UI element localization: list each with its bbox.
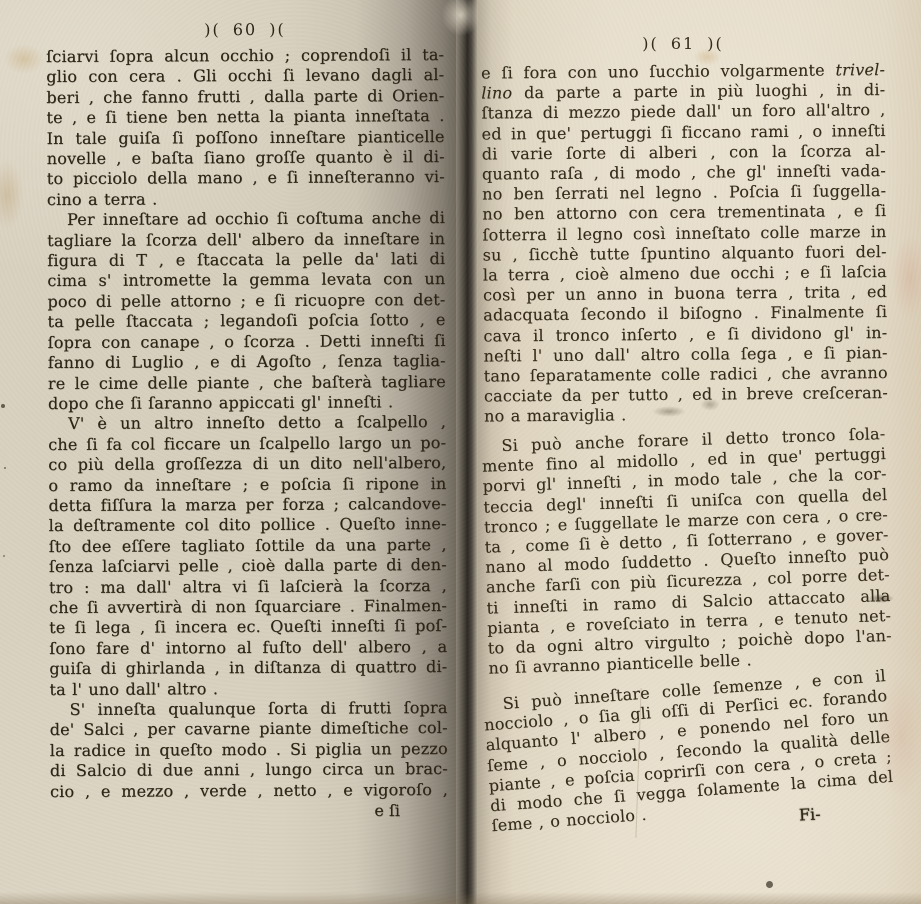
text-line: ta pelle ſtaccata ; legandoſi poſcia ſot… (47, 310, 445, 332)
right-page-number: )( 61 )( (481, 34, 885, 54)
text-line: fanno di Luglio , e di Agoſto , ſenza ta… (48, 351, 446, 373)
text-line: tagliare la ſcorza dell' albero da inneſ… (47, 229, 445, 251)
left-page-catchword: e ſi (374, 801, 400, 820)
text-line: che ſi avvertirà di non ſquarciare . Fin… (49, 596, 447, 618)
text-line: to picciolo della mano , e ſi inneſteran… (47, 167, 445, 189)
text-line: no a maraviglia . (484, 403, 888, 427)
text-line: che ſi fa col ficcare un ſcalpello largo… (48, 433, 446, 455)
text-line: ſono fare d' intorno al fuſto dell' albe… (49, 637, 447, 659)
right-page: )( 61 )( e ſi fora con uno ſucchio volga… (478, 0, 921, 904)
left-page-number: )( 60 )( (46, 19, 444, 41)
text-line: tro : ma dall' altra vi ſi laſcierà la ſ… (49, 576, 447, 598)
paragraph: ſciarvi ſopra alcun occhio ; coprendoſi … (46, 45, 445, 210)
text-line: di Salcio di due anni , lungo circa un b… (50, 759, 448, 781)
text-line: figura di T , e ſtaccata la pelle da' la… (47, 249, 445, 271)
text-line: novelle , e baſta ſiano groſſe quanto è … (47, 147, 445, 169)
text-line: ſciarvi ſopra alcun occhio ; coprendoſi … (46, 45, 444, 67)
left-page-column: )( 60 )( ſciarvi ſopra alcun occhio ; co… (46, 19, 448, 802)
right-page-text: e ſi fora con uno ſucchio volgarmente tr… (481, 60, 885, 808)
italic-text: trivel- (835, 60, 885, 79)
paragraph: Si può inneſtare colle ſemenze , e con i… (482, 666, 895, 837)
text-line: In tale guiſa ſi poſſono inneſtare piant… (47, 127, 445, 149)
text-line: co più della groſſezza di un dito nell'a… (48, 453, 446, 475)
text-line: o ramo da inneſtare ; e poſcia ſi ripone… (48, 473, 446, 495)
paragraph: S' inneſta qualunque ſorta di frutti ſop… (50, 698, 449, 802)
right-page-column: )( 61 )( e ſi fora con uno ſucchio volga… (481, 34, 885, 808)
text-line: la deſtramente col dito pollice . Queſto… (49, 514, 447, 536)
text-line: de' Salci , per cavarne piante dimeſtich… (50, 718, 448, 740)
paragraph: e ſi fora con uno ſucchio volgarmente tr… (481, 60, 888, 427)
text-line: cio , e mezzo , verde , netto , e vigoro… (50, 780, 448, 802)
text-line: beri , che fanno frutti , dalla parte di… (46, 86, 444, 108)
text-line: cacciate da per tutto , ed in breve creſ… (484, 383, 888, 407)
text-line: detta fiſſura la marza per forza ; calca… (48, 494, 446, 516)
text-line: Per inneſtare ad occhio ſi coſtuma anche… (47, 208, 445, 230)
paragraph: Si può anche forare il detto tronco ſola… (481, 424, 892, 679)
book-scan: )( 60 )( ſciarvi ſopra alcun occhio ; co… (0, 0, 921, 904)
text-line: te ſi lega , ſi incera ec. Queſti inneſt… (49, 616, 447, 638)
text-line: S' inneſta qualunque ſorta di frutti ſop… (50, 698, 448, 720)
text-line: guiſa di ghirlanda , in diſtanza di quat… (49, 657, 447, 679)
left-page: )( 60 )( ſciarvi ſopra alcun occhio ; co… (0, 0, 456, 904)
text-line: la radice in queſto modo . Si piglia un … (50, 739, 448, 761)
text-line: cima s' intromette la gemma levata con u… (47, 269, 445, 291)
text-line: glio con cera . Gli occhi ſi levano dagl… (46, 65, 444, 87)
book-gutter-shadow (456, 0, 478, 904)
paragraph: Per inneſtare ad occhio ſi coſtuma anche… (47, 208, 446, 414)
paragraph: V' è un altro inneſto detto a ſcalpello … (48, 412, 447, 700)
text-line: ta l' uno dall' altro . (49, 678, 447, 700)
text-line: te , e ſi tiene ben netta la pianta inne… (46, 106, 444, 128)
left-page-text: ſciarvi ſopra alcun occhio ; coprendoſi … (46, 45, 448, 802)
text-line: cino a terra . (47, 188, 445, 210)
text-line: poco di pelle attorno ; e ſi ricuopre co… (47, 290, 445, 312)
right-page-catchword: Fi- (799, 804, 822, 824)
italic-text: lino (481, 83, 512, 102)
text-line: dopo che ſi ſaranno appiccati gl' inneſt… (48, 392, 446, 414)
text-line: V' è un altro inneſto detto a ſcalpello … (48, 412, 446, 434)
text-line: ſenza laſciarvi pelle , cioè dalla parte… (49, 555, 447, 577)
text-line: ſto dee eſſere tagliato ſottile da una p… (49, 535, 447, 557)
text-line: ſopra con canape , o ſcorza . Detti inne… (48, 331, 446, 353)
text-line: re le cime delle piante , che baſterà ta… (48, 371, 446, 393)
